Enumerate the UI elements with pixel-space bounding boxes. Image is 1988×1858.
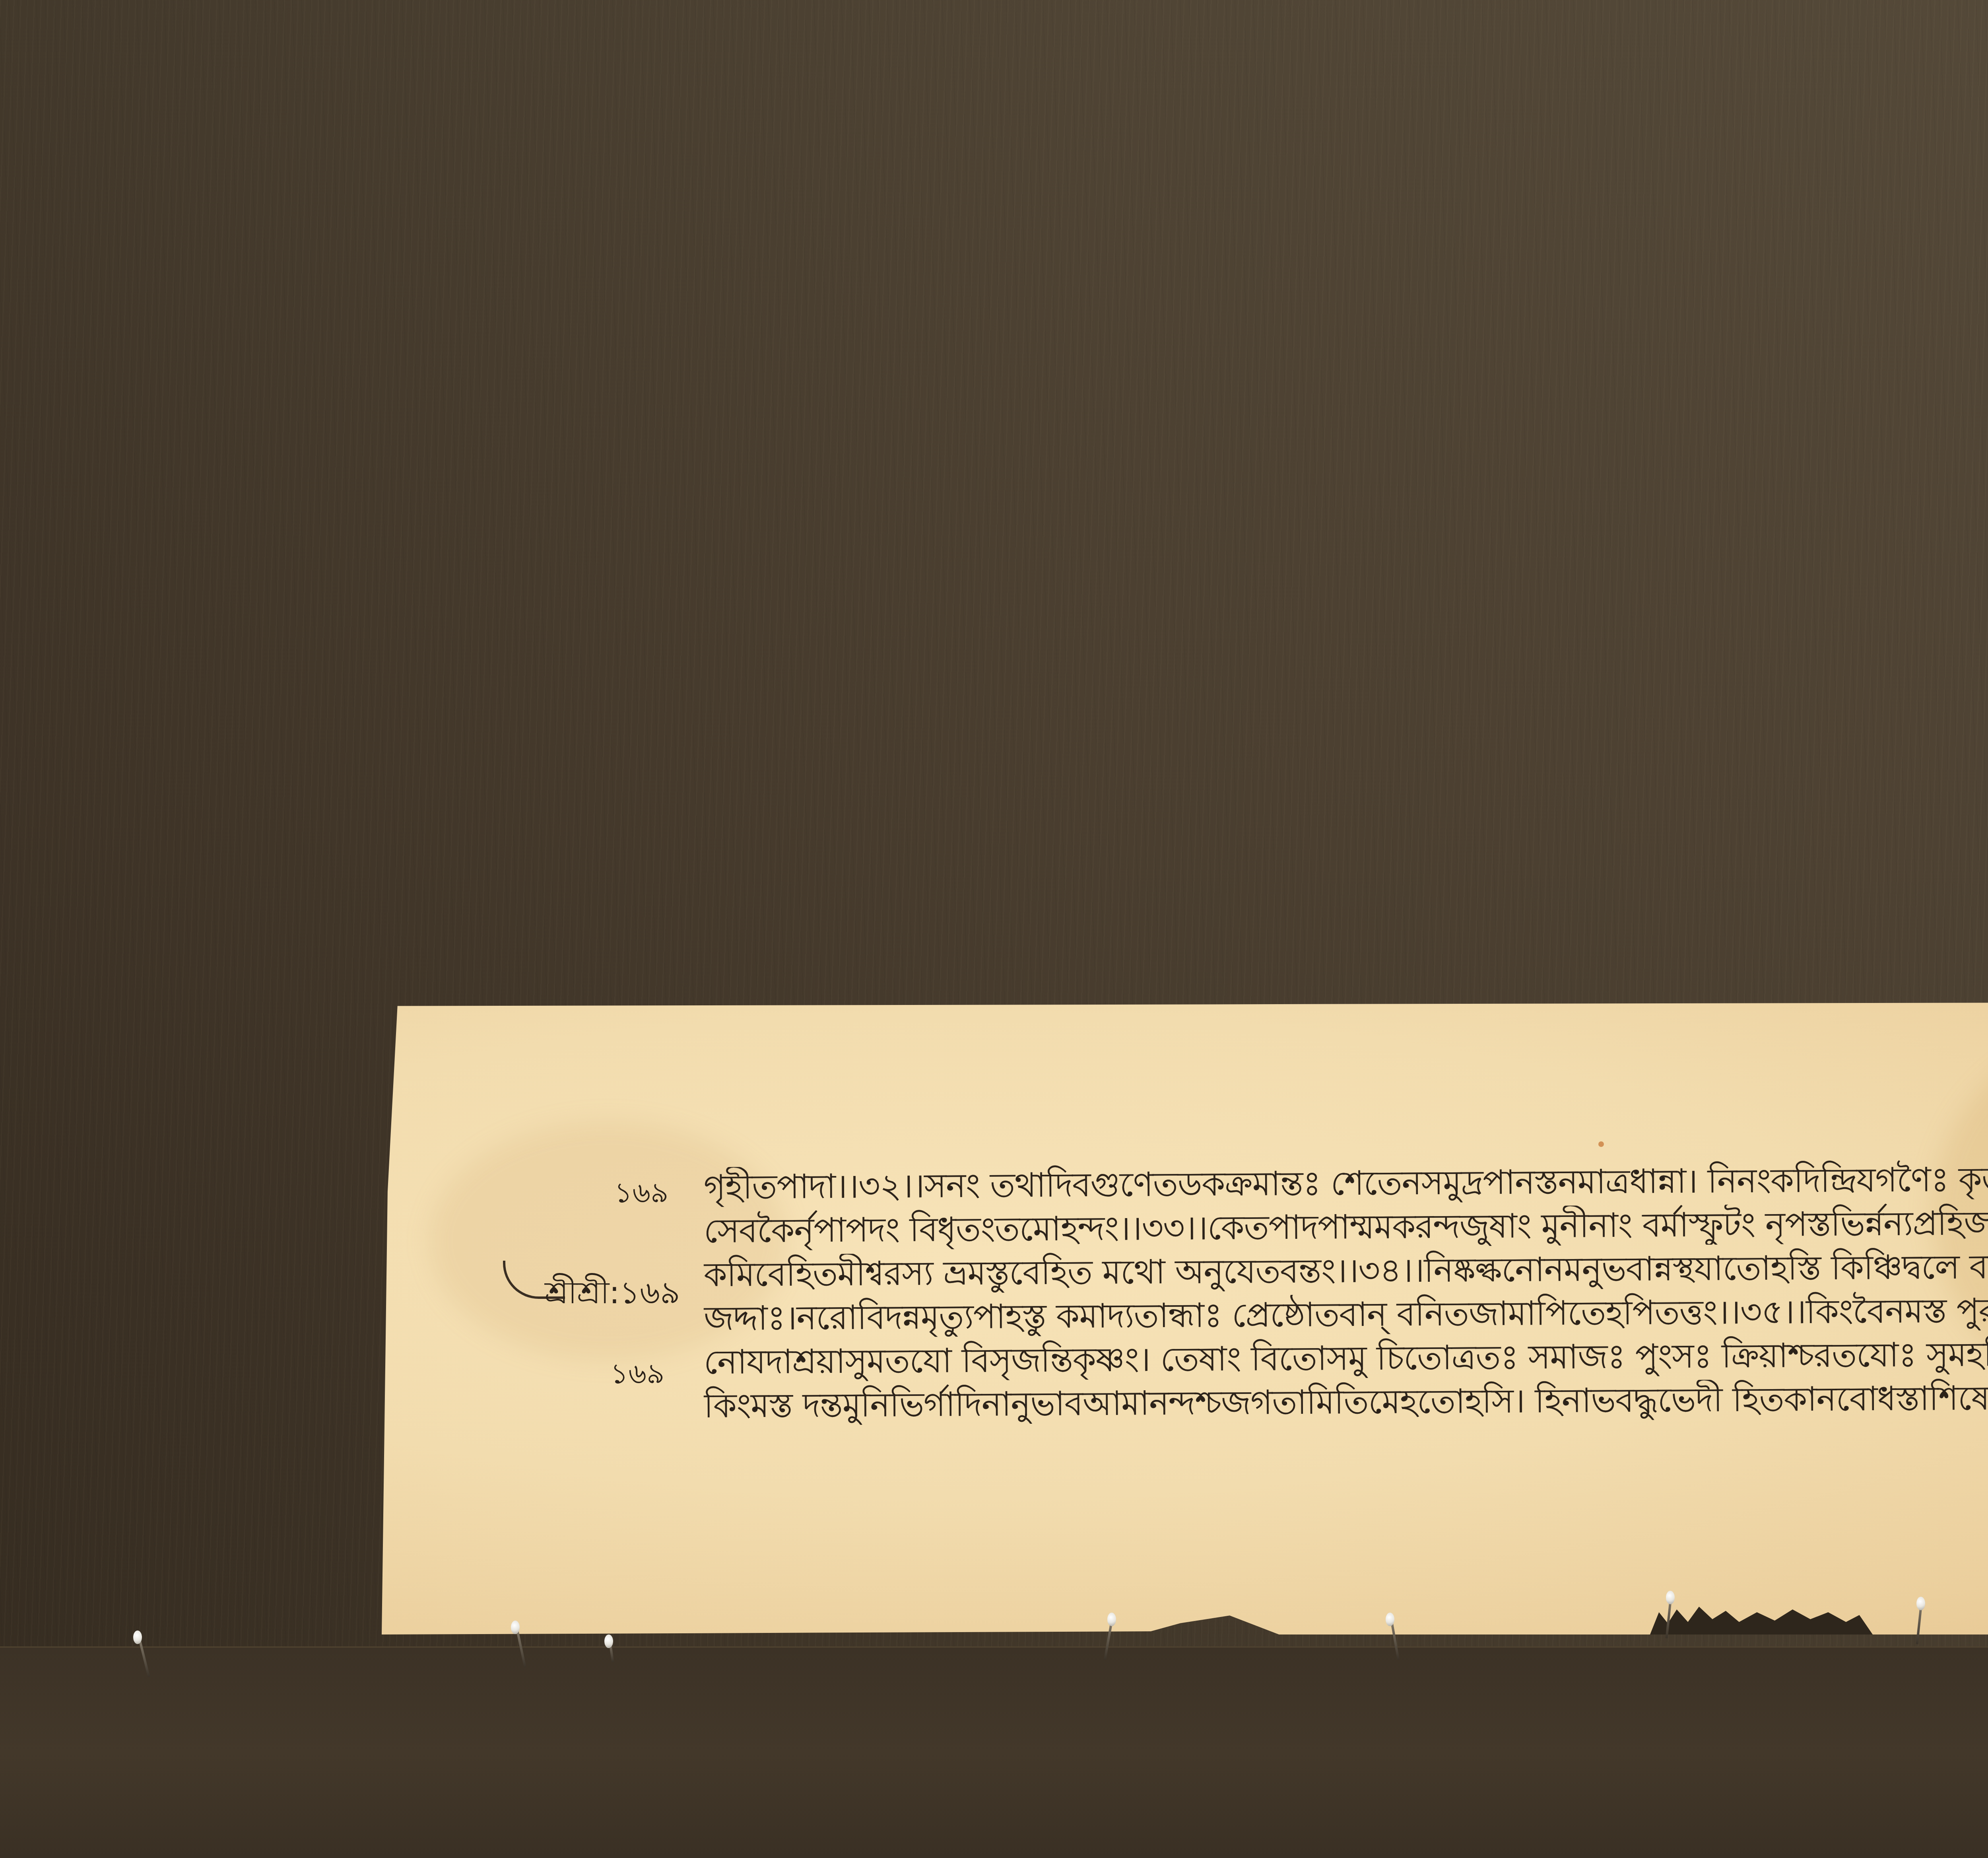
left-folio-number-top: ১৬৯: [614, 1171, 668, 1218]
ink-speck: [1598, 1141, 1604, 1147]
manuscript-line-5: নোযদাশ্রয়াসুমতযো বিসৃজন্তিকৃষ্ণং। তেষাং…: [704, 1334, 1988, 1382]
pin-head-icon: [604, 1634, 613, 1648]
pin-head-icon: [133, 1631, 142, 1644]
pin-head-icon: [1916, 1597, 1925, 1610]
manuscript-line-1: গৃহীতপাদা।।৩২।।সনং তথাদিবগুণেতডকক্রমান্ত…: [704, 1159, 1988, 1207]
lower-backing-board: [0, 1646, 1988, 1858]
manuscript-line-4: জদ্দাঃ।নরোবিদন্নমৃত্যুপাহস্তু কমাদ্যতান্…: [704, 1290, 1988, 1338]
left-folio-number-bottom: ১৬৯: [610, 1352, 664, 1399]
pin-head-icon: [1107, 1613, 1116, 1626]
manuscript-line-2: সেবকৈর্নৃপাপদং বিধৃতংতমোহন্দং।।৩৩।।কেতপা…: [704, 1203, 1988, 1251]
pin-head-icon: [1666, 1591, 1675, 1604]
manuscript-line-3: কমিবেহিতমীশ্বরস্য ভ্রমস্তুবেহিত মথো অনুয…: [704, 1246, 1988, 1294]
left-shri-folio-mark: শ্রীশ্রী:১৬৯: [545, 1269, 680, 1320]
manuscript-line-6: কিংমস্ত দন্তমুনিভির্গাদিনানুভাবআমানন্দশ্…: [704, 1378, 1988, 1426]
pin-head-icon: [1386, 1613, 1394, 1626]
pin-head-icon: [511, 1621, 520, 1634]
